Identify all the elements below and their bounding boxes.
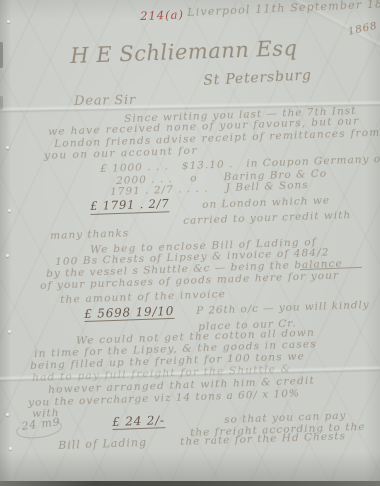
body-line: Bill of Lading: [58, 437, 147, 451]
punch-hole: [9, 447, 12, 450]
recipient-name: H E Schliemann Esq: [70, 38, 298, 67]
body-line: P 26th o/c — you will kindly: [196, 300, 370, 317]
body-line: the amount of the invoice: [60, 289, 226, 305]
archive-number: 214(a): [140, 9, 184, 22]
salutation: Dear Sir: [74, 94, 136, 108]
body-line: carried to your credit with: [183, 210, 351, 226]
body-line: many thanks: [50, 228, 129, 241]
punch-hole: [7, 20, 10, 23]
year-annotation: 1868: [347, 21, 378, 37]
scan-edge-mark: [0, 42, 3, 68]
punch-hole: [6, 146, 9, 149]
punch-hole: [8, 330, 11, 333]
punch-hole: [6, 254, 9, 257]
dateline: Liverpool 11th September 186: [187, 0, 380, 18]
scan-edge-shadow: [0, 481, 380, 486]
ledger-total-amount: £ 1791 . 2/7: [90, 198, 170, 214]
letter-page: 214(a) Liverpool 11th September 186 1868…: [0, 0, 380, 486]
punch-hole: [6, 413, 9, 416]
recipient-city: St Petersburg: [203, 68, 312, 88]
invoice-total-amount: £ 5698 19/10: [84, 305, 174, 322]
punch-hole: [8, 209, 11, 212]
body-line: on London which we: [202, 196, 330, 211]
scan-edge-mark: [0, 96, 3, 110]
freight-credit-amount: £ 24 2/-: [112, 414, 165, 430]
